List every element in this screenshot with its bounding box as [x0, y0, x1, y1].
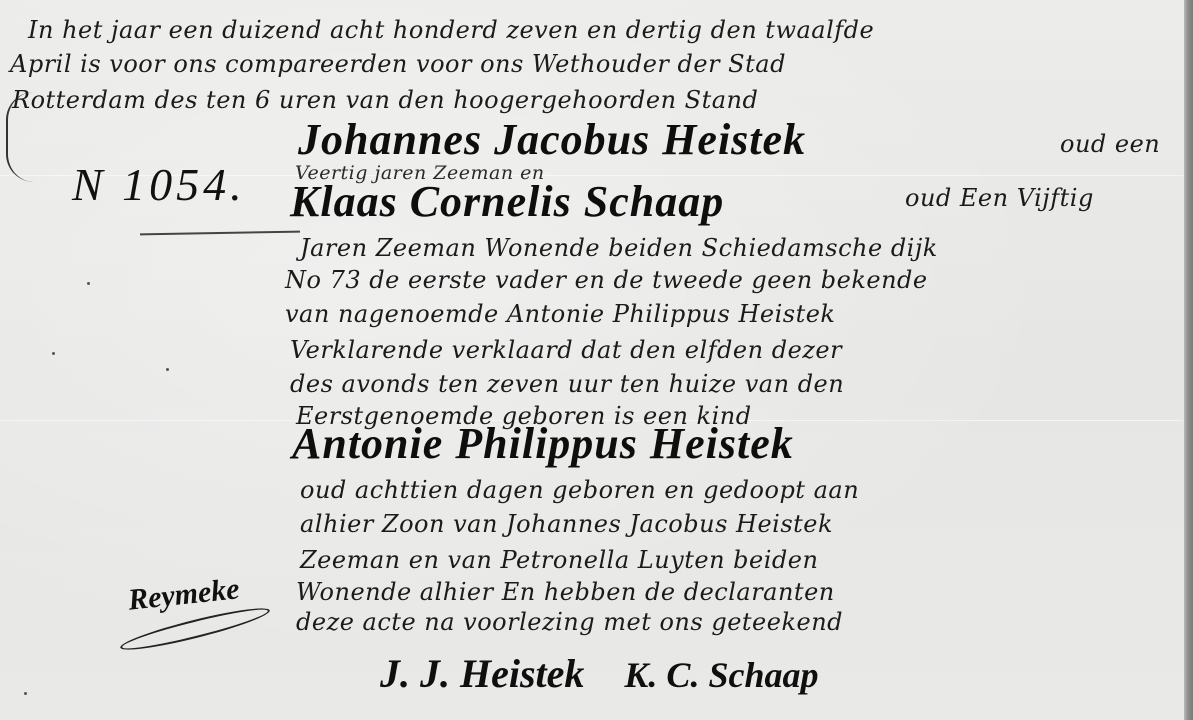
handwritten-line: April is voor ons compareerden voor ons …	[10, 52, 786, 76]
handwritten-line: In het jaar een duizend acht honderd zev…	[28, 18, 874, 42]
registrar-signature: Reymeke	[127, 572, 242, 617]
handwritten-line: No 73 de eerste vader en de tweede geen …	[285, 268, 928, 292]
handwritten-line: Klaas Cornelis Schaap	[290, 180, 724, 224]
document-page: N 1054. In het jaar een duizend acht hon…	[0, 0, 1193, 720]
handwritten-line: deze acte na voorlezing met ons geteeken…	[296, 610, 843, 634]
underline-stroke	[140, 231, 300, 236]
handwritten-line: Antonie Philippus Heistek	[292, 422, 794, 466]
binding-edge	[1184, 0, 1193, 720]
handwritten-line: Verklarende verklaard dat den elfden dez…	[290, 338, 842, 362]
handwritten-line: van nagenoemde Antonie Philippus Heistek	[285, 302, 835, 326]
paper-speck	[87, 282, 90, 285]
witness-signature: K. C. Schaap	[624, 654, 818, 696]
paper-speck	[166, 368, 169, 371]
handwritten-line: Jaren Zeeman Wonende beiden Schiedamsche…	[300, 236, 938, 260]
father-signature: J. J. Heistek	[380, 650, 584, 697]
handwritten-line: Johannes Jacobus Heistek	[298, 118, 806, 162]
handwritten-line: alhier Zoon van Johannes Jacobus Heistek	[300, 512, 833, 536]
handwritten-line: oud achttien dagen geboren en gedoopt aa…	[300, 478, 859, 502]
record-number: N 1054.	[72, 158, 246, 211]
handwritten-line: Zeeman en van Petronella Luyten beiden	[300, 548, 818, 572]
handwritten-line: Wonende alhier En hebben de declaranten	[296, 580, 835, 604]
paper-speck	[52, 352, 55, 355]
handwritten-line: oud een	[1060, 132, 1160, 156]
signature-row: J. J. Heistek K. C. Schaap	[380, 650, 818, 697]
handwritten-line: des avonds ten zeven uur ten huize van d…	[290, 372, 844, 396]
paper-speck	[24, 692, 27, 695]
handwritten-line: Rotterdam des ten 6 uren van den hoogerg…	[12, 88, 758, 112]
handwritten-line: oud Een Vijftig	[905, 186, 1094, 210]
